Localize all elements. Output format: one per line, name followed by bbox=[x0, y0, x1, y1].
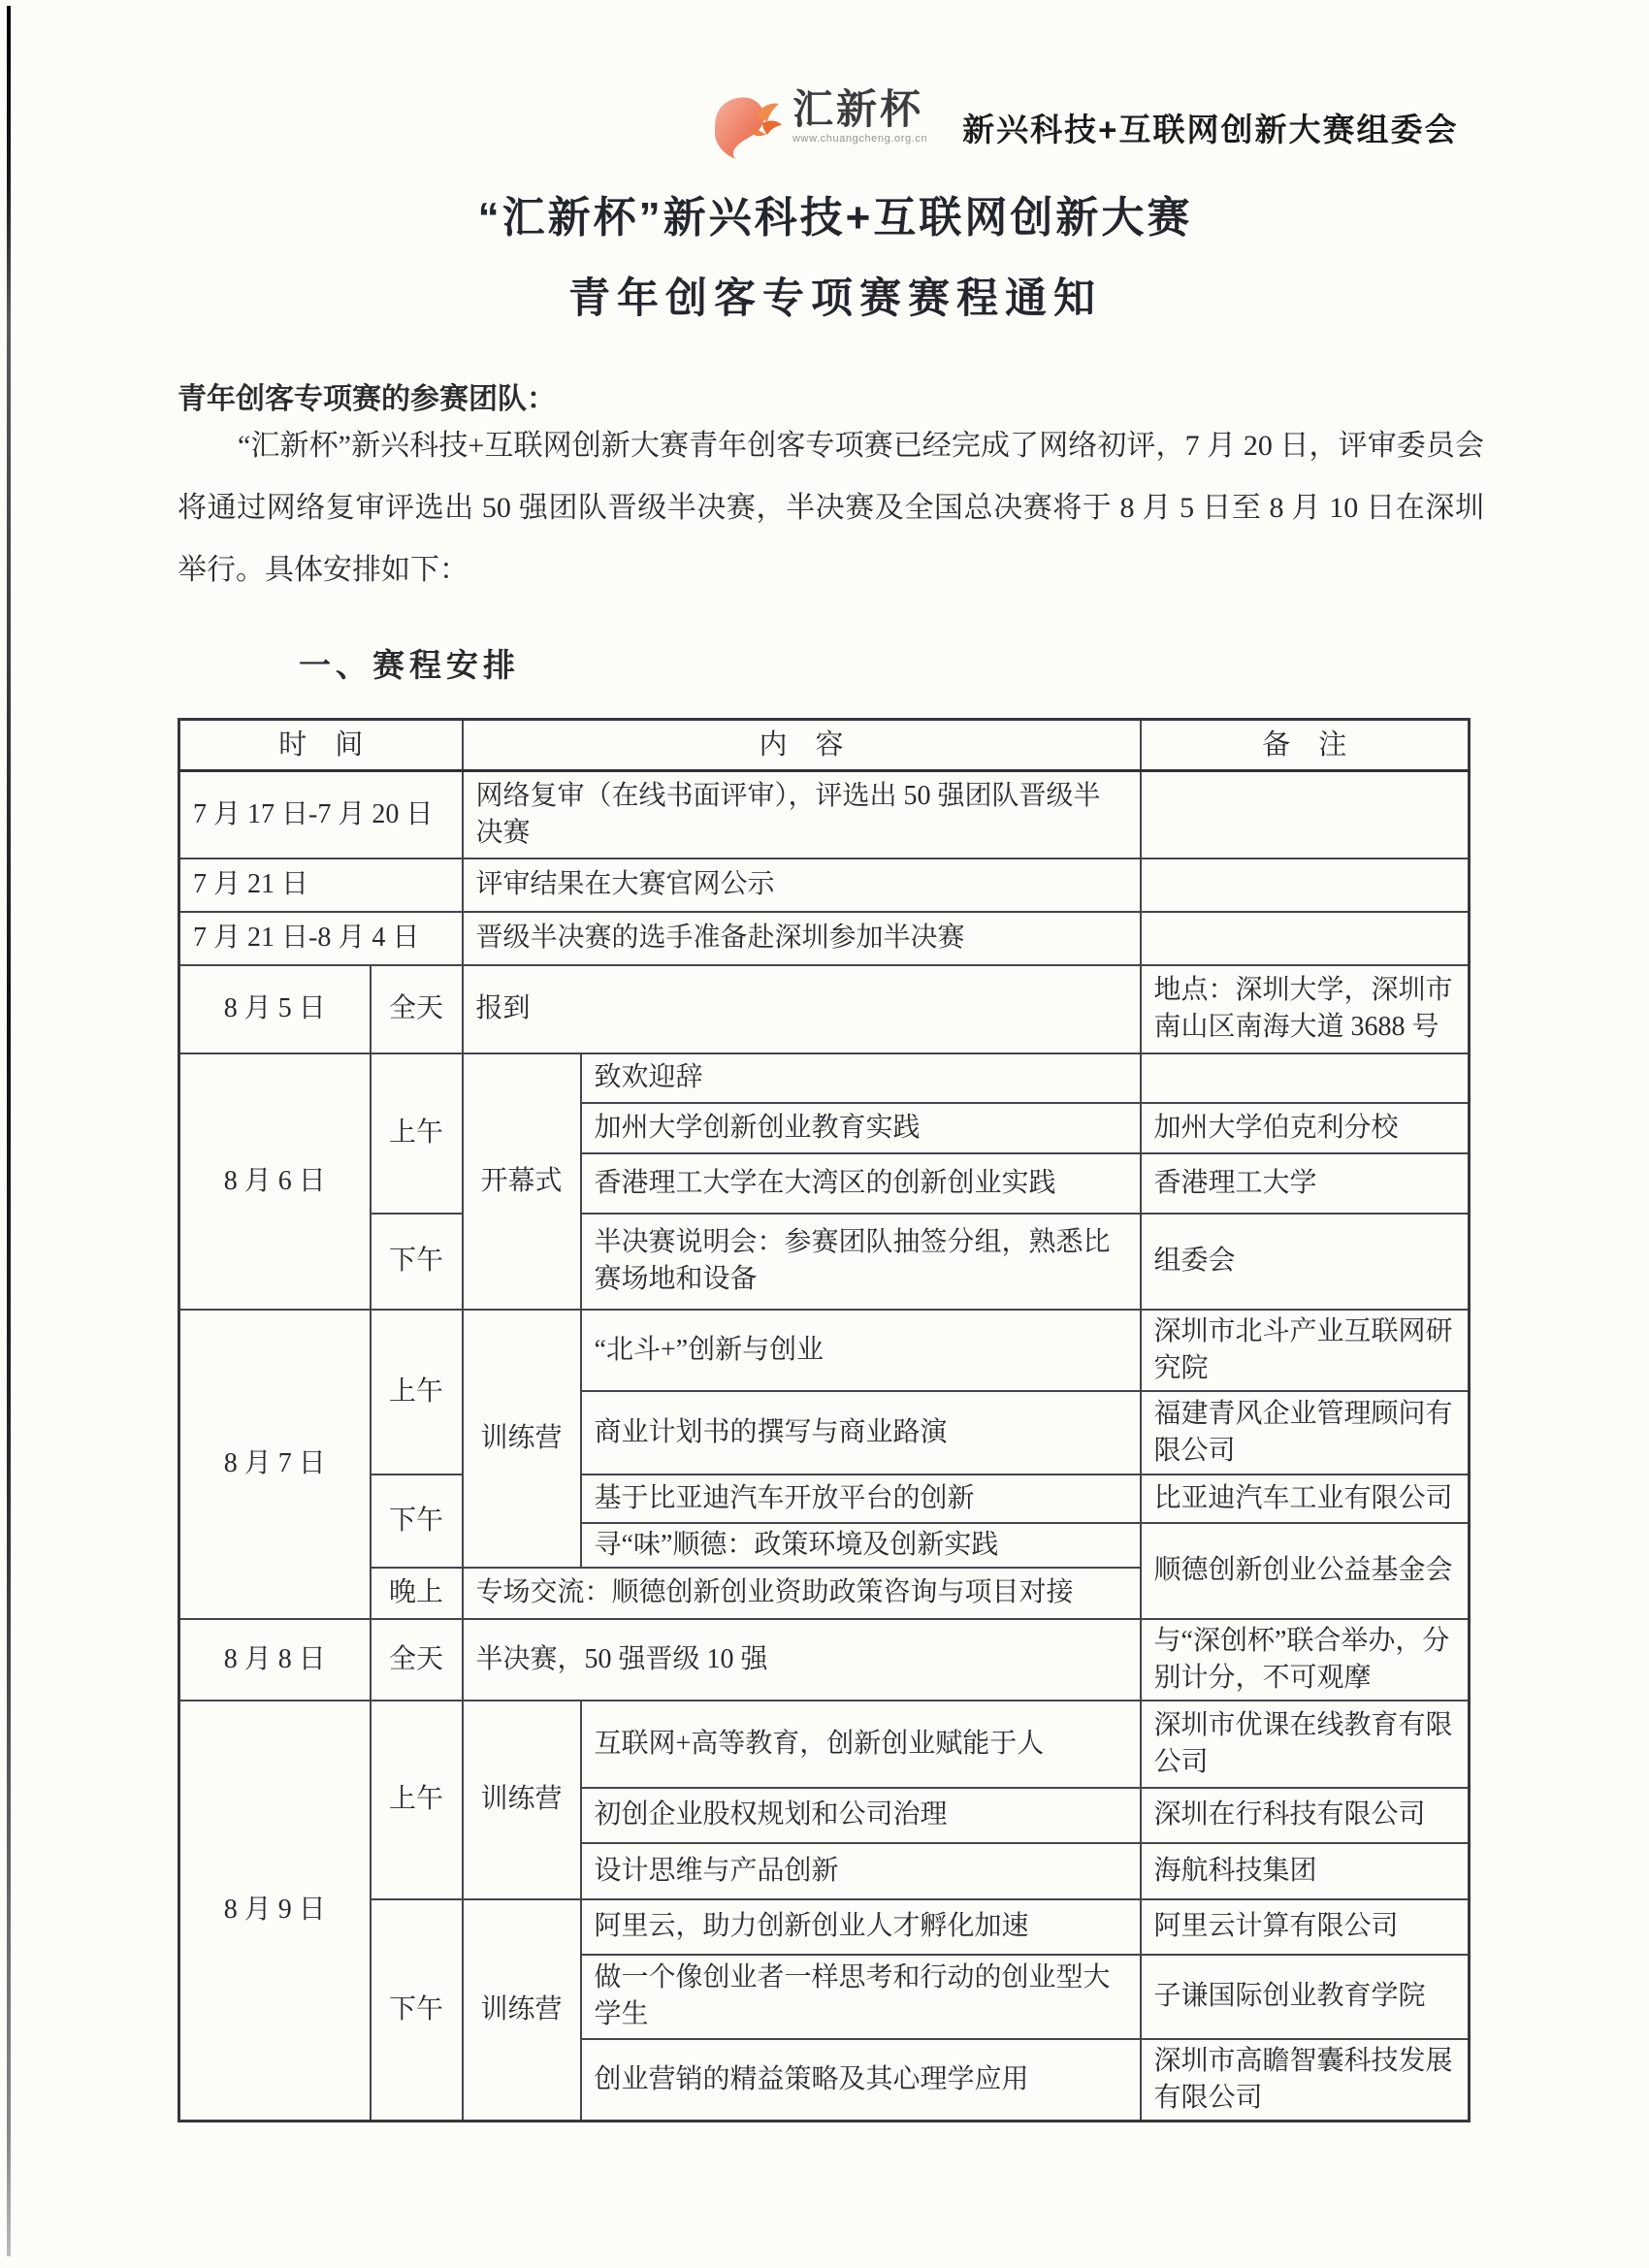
cell-time-range: 7 月 21 日-8 月 4 日 bbox=[179, 912, 463, 965]
table-header-row: 时 间 内 容 备 注 bbox=[179, 720, 1470, 771]
cell-content: 网络复审（在线书面评审），评选出 50 强团队晋级半决赛 bbox=[463, 771, 1141, 859]
cell-time-range: 7 月 17 日-7 月 20 日 bbox=[179, 771, 463, 859]
cell-remark: 加州大学伯克利分校 bbox=[1141, 1103, 1470, 1153]
cell-date: 8 月 9 日 bbox=[179, 1701, 371, 2122]
cell-slot: 全天 bbox=[371, 965, 463, 1053]
cell-activity: 加州大学创新创业教育实践 bbox=[581, 1103, 1141, 1153]
committee-text: 新兴科技+互联网创新大赛组委会 bbox=[962, 105, 1458, 150]
cell-activity: 设计思维与产品创新 bbox=[581, 1843, 1141, 1899]
cell-date: 8 月 6 日 bbox=[179, 1053, 371, 1310]
cell-remark bbox=[1141, 771, 1470, 859]
intro-paragraph: “汇新杯”新兴科技+互联网创新大赛青年创客专项赛已经完成了网络初评，7 月 20… bbox=[178, 415, 1484, 601]
cell-content: 评审结果在大赛官网公示 bbox=[463, 859, 1141, 912]
cell-remark bbox=[1141, 859, 1470, 912]
cell-date: 8 月 7 日 bbox=[179, 1310, 371, 1619]
cell-activity: 致欢迎辞 bbox=[581, 1053, 1141, 1103]
cell-remark: 组委会 bbox=[1141, 1214, 1470, 1310]
table-row: 下午 训练营 阿里云，助力创新创业人才孵化加速 阿里云计算有限公司 bbox=[179, 1899, 1470, 1955]
cell-remark: 深圳在行科技有限公司 bbox=[1141, 1788, 1470, 1843]
cell-remark: 深圳市北斗产业互联网研究院 bbox=[1141, 1310, 1470, 1391]
cell-remark: 顺德创新创业公益基金会 bbox=[1141, 1523, 1470, 1619]
table-row: 8 月 5 日 全天 报到 地点：深圳大学，深圳市南山区南海大道 3688 号 bbox=[179, 965, 1470, 1053]
cell-slot: 晚上 bbox=[371, 1568, 463, 1619]
bird-logo-icon bbox=[711, 93, 789, 159]
cell-content: 报到 bbox=[463, 965, 1141, 1053]
table-row: 8 月 6 日 上午 开幕式 致欢迎辞 bbox=[179, 1053, 1470, 1103]
cell-time-range: 7 月 21 日 bbox=[179, 859, 463, 912]
section-heading: 一、赛程安排 bbox=[299, 640, 520, 686]
document-title-line2: 青年创客专项赛赛程通知 bbox=[0, 266, 1649, 325]
cell-remark: 香港理工大学 bbox=[1141, 1153, 1470, 1214]
cell-slot: 上午 bbox=[371, 1053, 463, 1214]
cell-remark: 阿里云计算有限公司 bbox=[1141, 1899, 1470, 1955]
table-row: 7 月 21 日 评审结果在大赛官网公示 bbox=[179, 859, 1470, 912]
cell-content: 专场交流：顺德创新创业资助政策咨询与项目对接 bbox=[463, 1568, 1141, 1619]
cell-category: 训练营 bbox=[463, 1701, 581, 1899]
cell-remark bbox=[1141, 912, 1470, 965]
schedule-table: 时 间 内 容 备 注 7 月 17 日-7 月 20 日 网络复审（在线书面评… bbox=[178, 718, 1471, 2122]
cell-activity: 半决赛说明会：参赛团队抽签分组，熟悉比赛场地和设备 bbox=[581, 1214, 1141, 1310]
header-content: 内 容 bbox=[463, 720, 1141, 771]
table-row: 下午 基于比亚迪汽车开放平台的创新 比亚迪汽车工业有限公司 bbox=[179, 1474, 1470, 1523]
cell-slot: 下午 bbox=[371, 1899, 463, 2122]
table-row: 8 月 9 日 上午 训练营 互联网+高等教育，创新创业赋能于人 深圳市优课在线… bbox=[179, 1701, 1470, 1788]
cell-slot: 全天 bbox=[371, 1619, 463, 1701]
cell-remark: 海航科技集团 bbox=[1141, 1843, 1470, 1899]
cell-remark bbox=[1141, 1053, 1470, 1103]
schedule-table-wrap: 时 间 内 容 备 注 7 月 17 日-7 月 20 日 网络复审（在线书面评… bbox=[178, 718, 1471, 2122]
cell-activity: 做一个像创业者一样思考和行动的创业型大学生 bbox=[581, 1955, 1141, 2039]
cell-activity: 互联网+高等教育，创新创业赋能于人 bbox=[581, 1701, 1141, 1788]
document-title-line1: “汇新杯”新兴科技+互联网创新大赛 bbox=[0, 182, 1649, 244]
page-edge-scan-line bbox=[7, 6, 11, 2256]
cell-remark: 深圳市高瞻智囊科技发展有限公司 bbox=[1141, 2039, 1470, 2122]
table-row: 下午 半决赛说明会：参赛团队抽签分组，熟悉比赛场地和设备 组委会 bbox=[179, 1214, 1470, 1310]
cell-remark: 与“深创杯”联合举办，分别计分，不可观摩 bbox=[1141, 1619, 1470, 1701]
cell-activity: 阿里云，助力创新创业人才孵化加速 bbox=[581, 1899, 1141, 1955]
brand-block: 汇新杯 www.chuangcheng.org.cn bbox=[792, 87, 927, 145]
cell-slot: 上午 bbox=[371, 1701, 463, 1899]
cell-content: 晋级半决赛的选手准备赴深圳参加半决赛 bbox=[463, 912, 1141, 965]
cell-category: 训练营 bbox=[463, 1899, 581, 2122]
cell-slot: 下午 bbox=[371, 1214, 463, 1310]
cell-activity: 商业计划书的撰写与商业路演 bbox=[581, 1391, 1141, 1474]
cell-activity: 寻“味”顺德：政策环境及创新实践 bbox=[581, 1523, 1141, 1568]
table-row: 8 月 7 日 上午 训练营 “北斗+”创新与创业 深圳市北斗产业互联网研究院 bbox=[179, 1310, 1470, 1391]
table-row: 8 月 8 日 全天 半决赛，50 强晋级 10 强 与“深创杯”联合举办，分别… bbox=[179, 1619, 1470, 1701]
logo-row: 汇新杯 www.chuangcheng.org.cn 新兴科技+互联网创新大赛组… bbox=[711, 87, 1458, 159]
cell-activity: 初创企业股权规划和公司治理 bbox=[581, 1788, 1141, 1843]
header-remark: 备 注 bbox=[1141, 720, 1470, 771]
cell-remark: 深圳市优课在线教育有限公司 bbox=[1141, 1701, 1470, 1788]
cell-category: 训练营 bbox=[463, 1310, 581, 1568]
cell-category: 开幕式 bbox=[463, 1053, 581, 1310]
cell-activity: 创业营销的精益策略及其心理学应用 bbox=[581, 2039, 1141, 2122]
cell-remark: 比亚迪汽车工业有限公司 bbox=[1141, 1474, 1470, 1523]
cell-remark: 子谦国际创业教育学院 bbox=[1141, 1955, 1470, 2039]
table-row: 7 月 17 日-7 月 20 日 网络复审（在线书面评审），评选出 50 强团… bbox=[179, 771, 1470, 859]
salutation: 青年创客专项赛的参赛团队： bbox=[178, 374, 556, 417]
brand-url-text: www.chuangcheng.org.cn bbox=[792, 133, 927, 145]
cell-remark: 福建青风企业管理顾问有限公司 bbox=[1141, 1391, 1470, 1474]
cell-activity: 香港理工大学在大湾区的创新创业实践 bbox=[581, 1153, 1141, 1214]
scanned-notice-page: 汇新杯 www.chuangcheng.org.cn 新兴科技+互联网创新大赛组… bbox=[0, 0, 1649, 2268]
brand-text: 汇新杯 bbox=[792, 87, 927, 132]
cell-activity: “北斗+”创新与创业 bbox=[581, 1310, 1141, 1391]
cell-date: 8 月 8 日 bbox=[179, 1619, 371, 1701]
cell-remark: 地点：深圳大学，深圳市南山区南海大道 3688 号 bbox=[1141, 965, 1470, 1053]
header-time: 时 间 bbox=[179, 720, 463, 771]
cell-slot: 下午 bbox=[371, 1474, 463, 1568]
cell-activity: 基于比亚迪汽车开放平台的创新 bbox=[581, 1474, 1141, 1523]
table-row: 7 月 21 日-8 月 4 日 晋级半决赛的选手准备赴深圳参加半决赛 bbox=[179, 912, 1470, 965]
cell-date: 8 月 5 日 bbox=[179, 965, 371, 1053]
cell-slot: 上午 bbox=[371, 1310, 463, 1474]
cell-content: 半决赛，50 强晋级 10 强 bbox=[463, 1619, 1141, 1701]
